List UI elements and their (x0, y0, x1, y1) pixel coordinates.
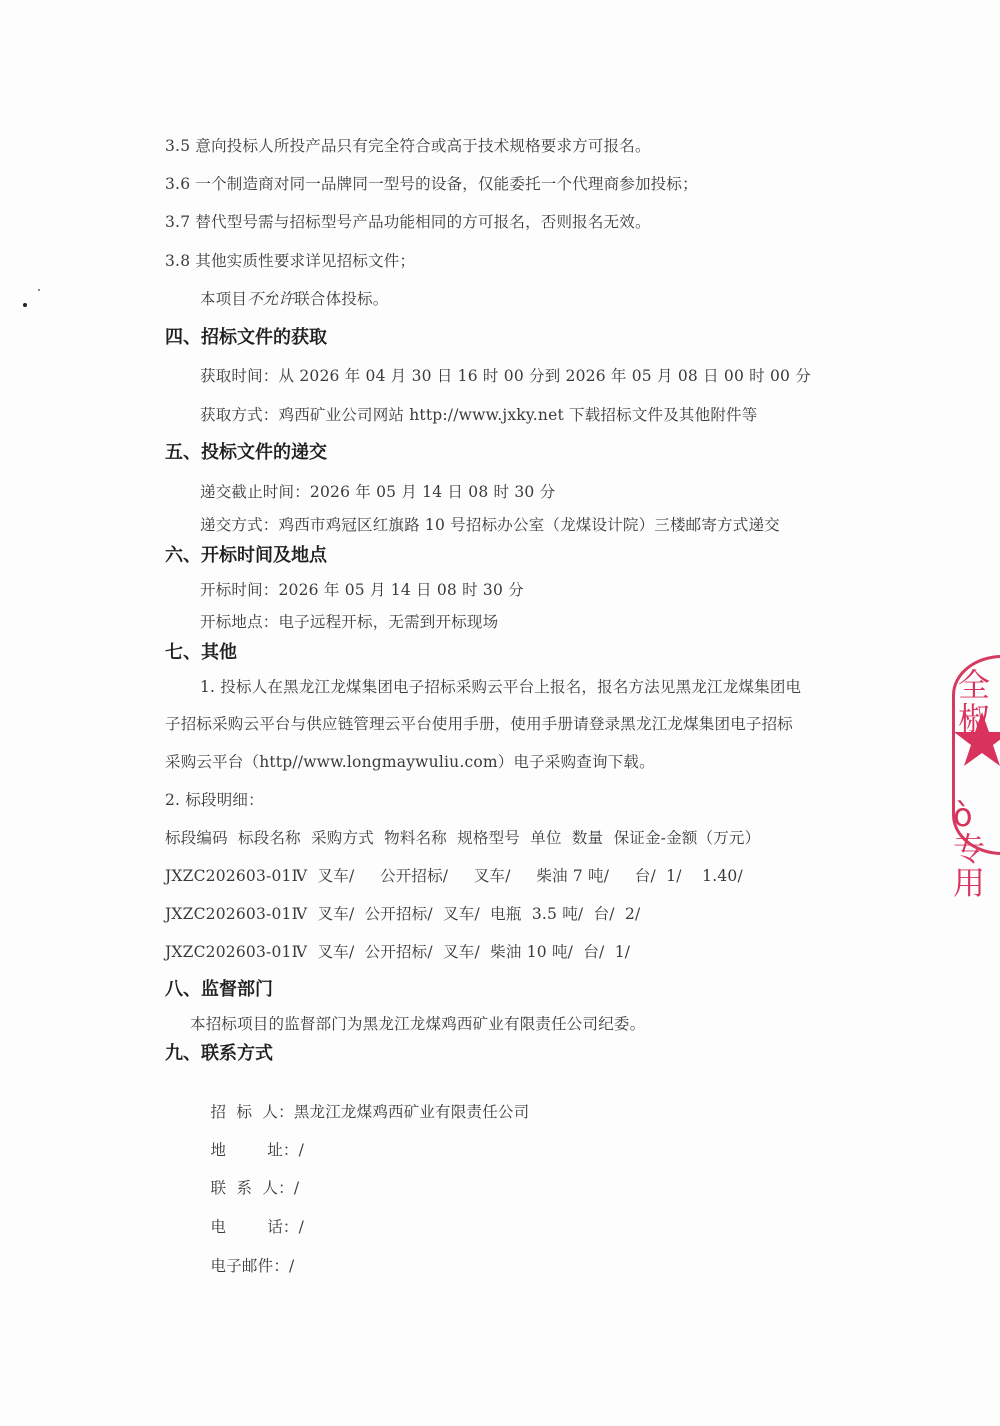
section-5-heading: 五、投标文件的递交 (165, 442, 327, 464)
seal-bottom-text: ò专用 (953, 798, 1000, 900)
contact-label: 电 话： (211, 1218, 299, 1236)
requirement-3-5: 3.5 意向投标人所投产品只有完全符合或高于技术规格要求方可报名。 (165, 136, 651, 156)
lot-details-label: 2. 标段明细： (165, 790, 264, 810)
contact-label: 地 址： (211, 1141, 299, 1159)
seal-star-icon (952, 710, 1000, 770)
consortium-emphasis: 不允许 (247, 290, 294, 308)
contact-value: / (299, 1218, 304, 1236)
requirement-3-8: 3.8 其他实质性要求详见招标文件； (165, 251, 415, 271)
section-8-heading: 八、监督部门 (165, 979, 273, 1001)
contact-value: / (294, 1179, 299, 1197)
contact-email: 电子邮件：/ (190, 1236, 294, 1296)
consortium-note: 本项目不允许联合体投标。 (200, 289, 388, 309)
consortium-suffix: 联合体投标。 (294, 290, 388, 308)
scan-speck (23, 303, 27, 307)
requirement-3-6: 3.6 一个制造商对同一品牌同一型号的设备，仅能委托一个代理商参加投标； (165, 174, 698, 194)
submission-deadline: 递交截止时间：2026 年 05 月 14 日 08 时 30 分 (200, 482, 555, 502)
contact-value: / (289, 1257, 294, 1275)
document-page: 3.5 意向投标人所投产品只有完全符合或高于技术规格要求方可报名。 3.6 一个… (0, 0, 1000, 1426)
submission-method: 递交方式：鸡西市鸡冠区红旗路 10 号招标办公室（龙煤设计院）三楼邮寄方式递交 (200, 515, 780, 535)
acquisition-time: 获取时间：从 2026 年 04 月 30 日 16 时 00 分到 2026 … (200, 366, 811, 386)
registration-note-line-2: 子招标采购云平台与供应链管理云平台使用手册，使用手册请登录黑龙江龙煤集团电子招标 (165, 714, 793, 734)
lot-table-row: JXZC202603-01Ⅳ 叉车/ 公开招标/ 叉车/ 柴油 7 吨/ 台/ … (165, 866, 743, 886)
consortium-prefix: 本项目 (200, 290, 247, 308)
registration-note-line-3: 采购云平台（http//www.longmaywuliu.com）电子采购查询下… (165, 752, 655, 772)
section-6-heading: 六、开标时间及地点 (165, 545, 327, 567)
contact-value: / (299, 1141, 304, 1159)
supervision-text: 本招标项目的监督部门为黑龙江龙煤鸡西矿业有限责任公司纪委。 (190, 1014, 645, 1034)
opening-place: 开标地点：电子远程开标，无需到开标现场 (200, 612, 498, 632)
lot-table-row: JXZC202603-01Ⅳ 叉车/ 公开招标/ 叉车/ 柴油 10 吨/ 台/… (165, 942, 630, 962)
registration-note-line-1: 1. 投标人在黑龙江龙煤集团电子招标采购云平台上报名，报名方法见黑龙江龙煤集团电 (200, 677, 801, 697)
section-9-heading: 九、联系方式 (165, 1043, 273, 1065)
acquisition-method: 获取方式：鸡西矿业公司网站 http://www.jxky.net 下载招标文件… (200, 405, 757, 425)
contact-value: 黑龙江龙煤鸡西矿业有限责任公司 (294, 1103, 530, 1121)
section-4-heading: 四、招标文件的获取 (165, 327, 327, 349)
lot-table-header: 标段编码 标段名称 采购方式 物料名称 规格型号 单位 数量 保证金-金额（万元… (165, 828, 760, 848)
contact-label: 招 标 人： (211, 1103, 294, 1121)
lot-table-row: JXZC202603-01Ⅳ 叉车/ 公开招标/ 叉车/ 电瓶 3.5 吨/ 台… (165, 904, 640, 924)
contact-label: 联 系 人： (211, 1179, 294, 1197)
opening-time: 开标时间：2026 年 05 月 14 日 08 时 30 分 (200, 580, 524, 600)
section-7-heading: 七、其他 (165, 642, 237, 664)
contact-label: 电子邮件： (211, 1257, 290, 1275)
scan-speck (38, 289, 40, 291)
requirement-3-7: 3.7 替代型号需与招标型号产品功能相同的方可报名，否则报名无效。 (165, 212, 651, 232)
